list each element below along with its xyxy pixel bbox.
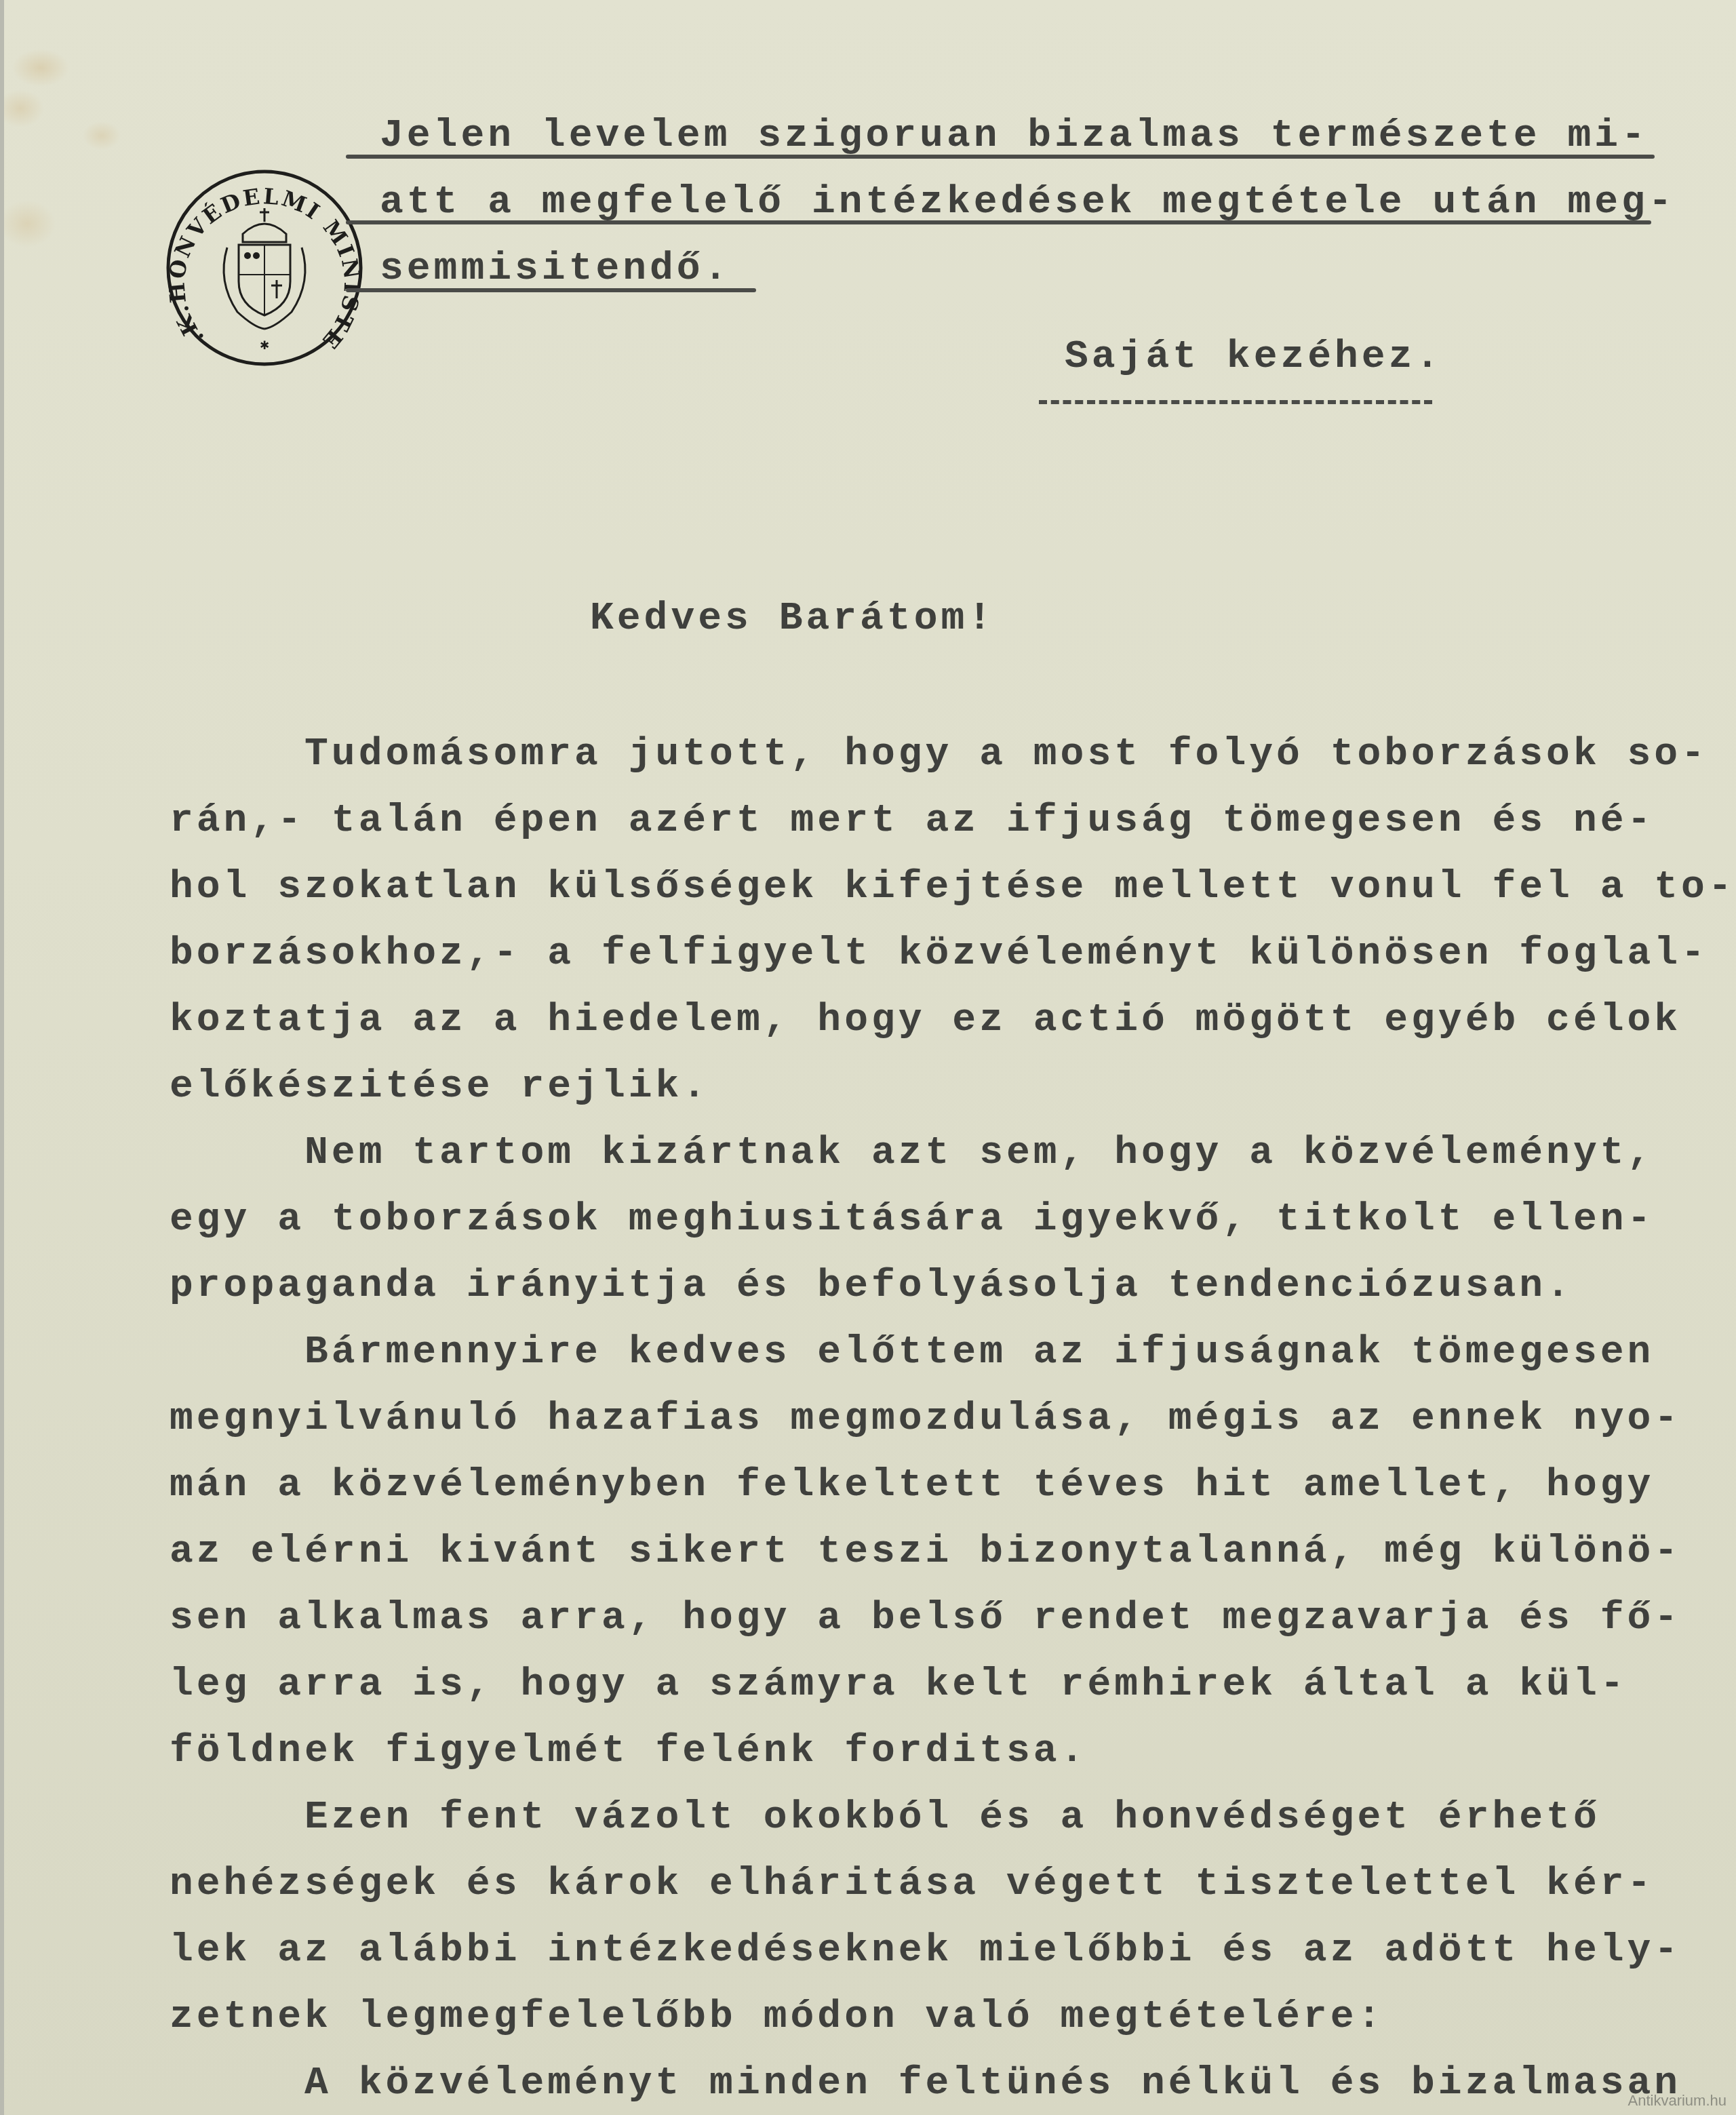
body-line: leg arra is, hogy a számyra kelt rémhire… [170, 1663, 1627, 1707]
ministry-seal: M.K.HONVÉDELMI MINISTER ✱ [163, 166, 366, 370]
seal-star-icon: ✱ [260, 337, 269, 354]
body-line: nehézségek és károk elháritása végett ti… [170, 1862, 1654, 1906]
watermark: Antikvarium.hu [1627, 2092, 1727, 2110]
confidential-notice-line-3: semmisitendő. [380, 247, 730, 291]
confidential-notice-line-1: Jelen levelem szigoruan bizalmas termész… [380, 114, 1649, 158]
body-line: Ezen fent vázolt okokból és a honvédsége… [170, 1796, 1600, 1840]
body-line: hol szokatlan külsőségek kifejtése melle… [170, 865, 1735, 909]
personal-note: Saját kezéhez. [1065, 335, 1442, 379]
body-line: földnek figyelmét felénk forditsa. [170, 1729, 1087, 1773]
notice-underline-1 [346, 155, 1655, 159]
body-line: előkészitése rejlik. [170, 1065, 709, 1109]
notice-underline-3 [346, 288, 756, 292]
body-line: zetnek legmegfelelőbb módon való megtéte… [170, 1995, 1384, 2039]
body-line: borzásokhoz,- a felfigyelt közvéleményt … [170, 932, 1708, 976]
body-line: koztatja az a hiedelem, hogy ez actió mö… [170, 998, 1681, 1042]
body-line: mán a közvéleményben felkeltett téves hi… [170, 1463, 1654, 1507]
body-line: Tudomásomra jutott, hogy a most folyó to… [170, 732, 1708, 776]
seal-icon: M.K.HONVÉDELMI MINISTER ✱ [163, 166, 366, 370]
body-line: az elérni kivánt sikert teszi bizonytala… [170, 1530, 1681, 1574]
body-line: Nem tartom kizártnak azt sem, hogy a köz… [170, 1131, 1654, 1175]
notice-underline-2 [346, 220, 1651, 224]
body-line: rán,- talán épen azért mert az ifjuság t… [170, 799, 1654, 843]
body-line: egy a toborzások meghiusitására igyekvő,… [170, 1198, 1654, 1242]
body-line: A közvéleményt minden feltünés nélkül és… [170, 2061, 1681, 2106]
body-line: sen alkalmas arra, hogy a belső rendet m… [170, 1596, 1681, 1640]
personal-note-underline [1039, 400, 1432, 404]
body-line: lek az alábbi intézkedéseknek mielőbbi é… [170, 1929, 1681, 1973]
body-line: Bármennyire kedves előttem az ifjuságnak… [170, 1330, 1654, 1375]
body-line: propaganda irányitja és befolyásolja ten… [170, 1264, 1573, 1308]
salutation: Kedves Barátom! [590, 597, 995, 641]
body-line: megnyilvánuló hazafias megmozdulása, még… [170, 1397, 1681, 1441]
page-edge [0, 0, 4, 2115]
confidential-notice-line-2: att a megfelelő intézkedések megtétele u… [380, 180, 1676, 224]
